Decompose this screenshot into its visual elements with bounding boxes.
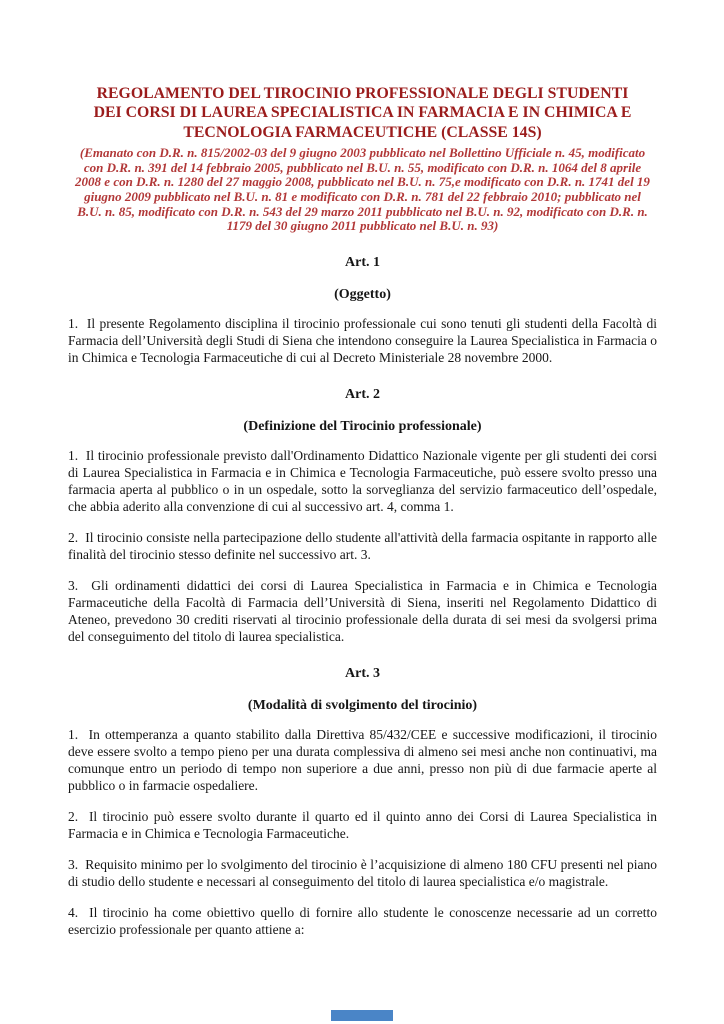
- document-page: REGOLAMENTO DEL TIROCINIO PROFESSIONALE …: [0, 0, 724, 1024]
- article-2-number: Art. 2: [68, 386, 657, 403]
- subtitle-line: B.U. n. 85, modificato con D.R. n. 543 d…: [68, 205, 657, 220]
- article-1: Art. 1 (Oggetto) 1. Il presente Regolame…: [68, 254, 657, 366]
- article-2-paragraph-2: 2. Il tirocinio consiste nella partecipa…: [68, 529, 657, 563]
- subtitle-line: con D.R. n. 391 del 14 febbraio 2005, pu…: [68, 161, 657, 176]
- article-3: Art. 3 (Modalità di svolgimento del tiro…: [68, 665, 657, 938]
- title-line: REGOLAMENTO DEL TIROCINIO PROFESSIONALE …: [68, 84, 657, 103]
- title-line: TECNOLOGIA FARMACEUTICHE (CLASSE 14S): [68, 123, 657, 142]
- subtitle-line: 2008 e con D.R. n. 1280 del 27 maggio 20…: [68, 175, 657, 190]
- article-2-heading: (Definizione del Tirocinio professionale…: [68, 418, 657, 435]
- subtitle-line: (Emanato con D.R. n. 815/2002-03 del 9 g…: [68, 146, 657, 161]
- document-subtitle: (Emanato con D.R. n. 815/2002-03 del 9 g…: [68, 146, 657, 234]
- subtitle-line: 1179 del 30 giugno 2011 pubblicato nel B…: [68, 219, 657, 234]
- article-3-paragraph-3: 3. Requisito minimo per lo svolgimento d…: [68, 856, 657, 890]
- article-3-paragraph-1: 1. In ottemperanza a quanto stabilito da…: [68, 726, 657, 794]
- document-content: REGOLAMENTO DEL TIROCINIO PROFESSIONALE …: [0, 0, 724, 938]
- subtitle-line: giugno 2009 pubblicato nel B.U. n. 81 e …: [68, 190, 657, 205]
- page-position-indicator[interactable]: [331, 1010, 393, 1021]
- article-2: Art. 2 (Definizione del Tirocinio profes…: [68, 386, 657, 645]
- article-1-paragraph-1: 1. Il presente Regolamento disciplina il…: [68, 315, 657, 366]
- article-2-paragraph-1: 1. Il tirocinio professionale previsto d…: [68, 447, 657, 515]
- title-line: DEI CORSI DI LAUREA SPECIALISTICA IN FAR…: [68, 103, 657, 122]
- article-3-number: Art. 3: [68, 665, 657, 682]
- article-3-paragraph-2: 2. Il tirocinio può essere svolto durant…: [68, 808, 657, 842]
- article-3-paragraph-4: 4. Il tirocinio ha come obiettivo quello…: [68, 904, 657, 938]
- document-title: REGOLAMENTO DEL TIROCINIO PROFESSIONALE …: [68, 84, 657, 142]
- article-1-number: Art. 1: [68, 254, 657, 271]
- article-1-heading: (Oggetto): [68, 286, 657, 303]
- article-2-paragraph-3: 3. Gli ordinamenti didattici dei corsi d…: [68, 577, 657, 645]
- article-3-heading: (Modalità di svolgimento del tirocinio): [68, 697, 657, 714]
